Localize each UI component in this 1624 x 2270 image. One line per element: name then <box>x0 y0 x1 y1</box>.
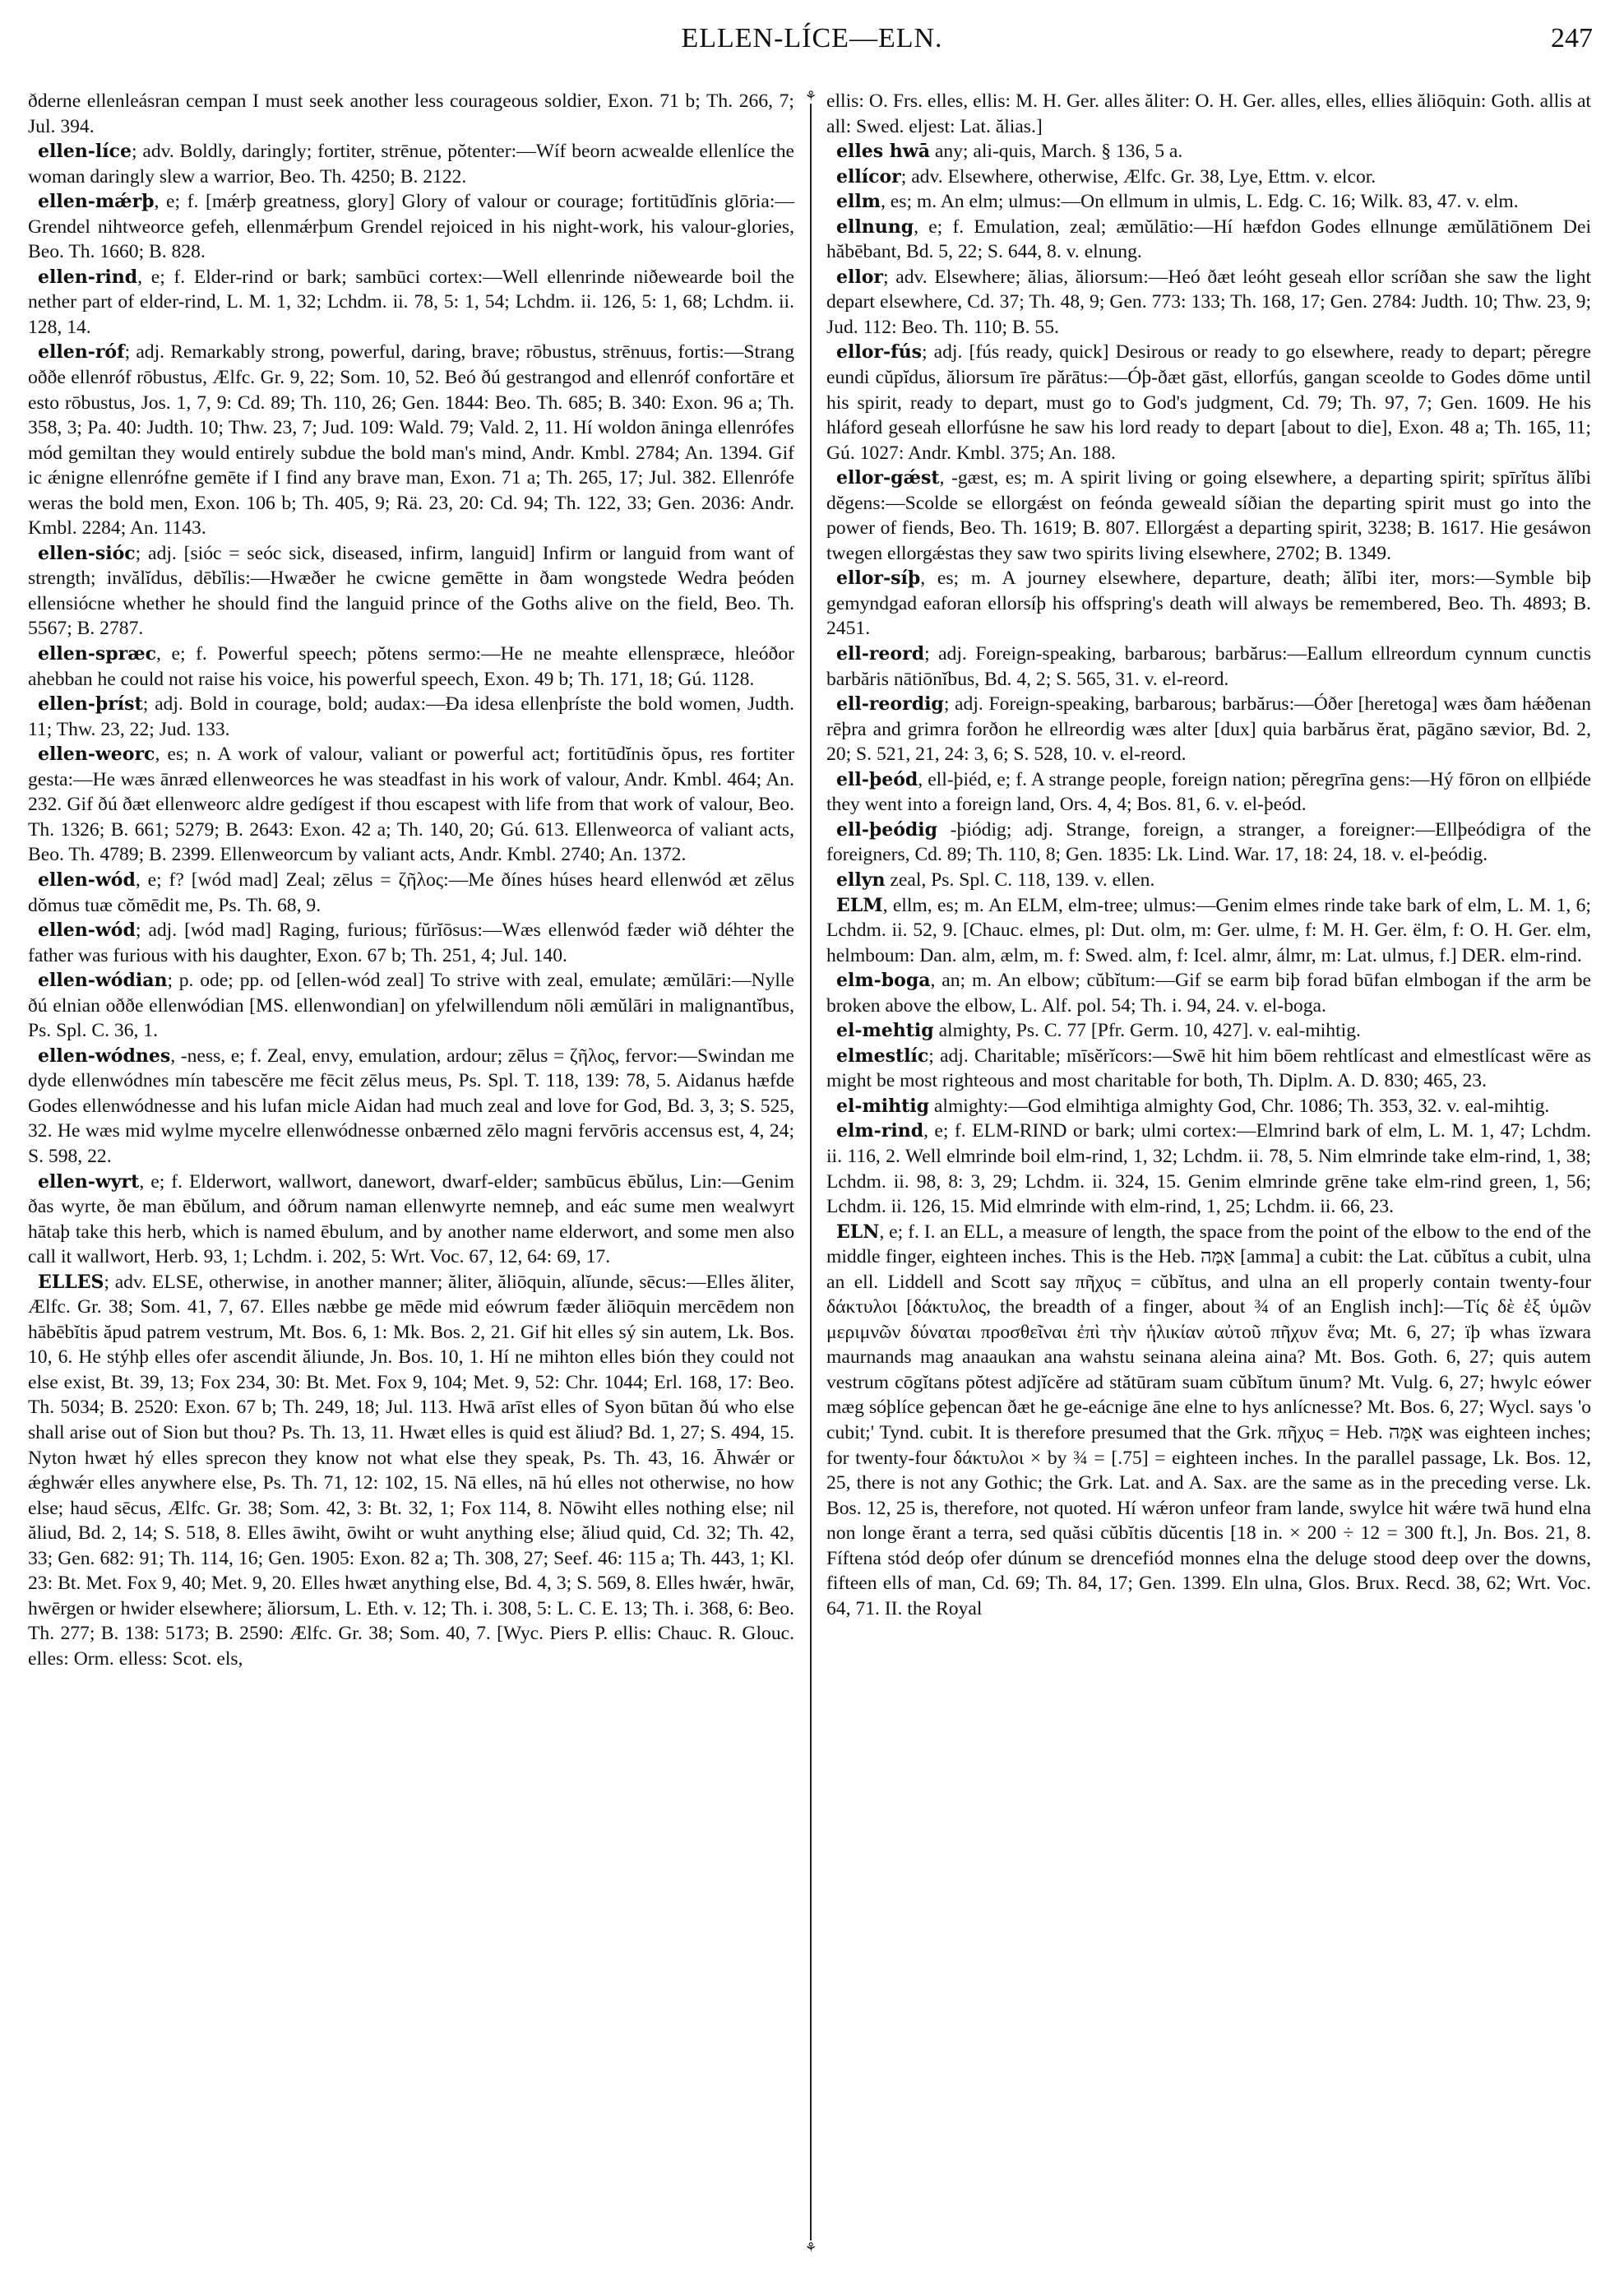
dictionary-entry: ellen-wód, e; f? [wód mad] Zeal; zēlus =… <box>28 868 794 918</box>
entry-definition: almighty, Ps. C. 77 [Pfr. Germ. 10, 427]… <box>934 1020 1361 1041</box>
dictionary-entry: ELM, ellm, es; m. An ELM, elm-tree; ulmu… <box>826 893 1591 969</box>
dictionary-entry: elles hwā any; ali-quis, March. § 136, 5… <box>826 139 1591 164</box>
headword: ELLES <box>38 1272 104 1293</box>
headword: el-mehtig <box>836 1020 934 1041</box>
headword: elm-boga <box>836 970 930 991</box>
dictionary-entry: ELN, e; f. I. an ELL, a measure of lengt… <box>826 1220 1591 1622</box>
headword: ell-reordig <box>836 693 944 715</box>
entry-definition: ; adv. Elsewhere, otherwise, Ælfc. Gr. 3… <box>901 166 1376 188</box>
headword: ellen-weorc <box>38 744 155 765</box>
entry-definition: ; adj. Remarkably strong, powerful, dari… <box>28 341 794 539</box>
page-number: 247 <box>1551 23 1593 54</box>
headword: ellen-wód <box>38 869 136 891</box>
entry-definition: -þiódig; adj. Strange, foreign, a strang… <box>826 819 1591 866</box>
entry-definition: , ell-þiéd, e; f. A strange people, fore… <box>826 769 1591 816</box>
headword: ellm <box>836 191 881 212</box>
entry-definition: , e; f. Elder-rind or bark; sambūci cort… <box>28 266 794 338</box>
dictionary-entry: ellen-þríst; adj. Bold in courage, bold;… <box>28 692 794 742</box>
headword: ellícor <box>836 166 901 188</box>
headword: ell-þeód <box>836 769 918 790</box>
entry-definition: almighty:—God elmihtiga almighty God, Ch… <box>929 1096 1549 1117</box>
headword: ellen-sióc <box>38 543 136 564</box>
dictionary-entry: ellen-rind, e; f. Elder-rind or bark; sa… <box>28 265 794 340</box>
column-rule-top-ornament-icon: ⚘ <box>803 89 818 104</box>
dictionary-entry: ellícor; adv. Elsewhere, otherwise, Ælfc… <box>826 164 1591 190</box>
dictionary-entry: ellm, es; m. An elm; ulmus:—On ellmum in… <box>826 189 1591 215</box>
headword: elm-rind <box>836 1120 923 1142</box>
entry-definition: , e; f. Emulation, zeal; æmŭlātio:—Hí hæ… <box>826 216 1591 263</box>
dictionary-entry: ell-þeódig -þiódig; adj. Strange, foreig… <box>826 818 1591 868</box>
dictionary-entry: ellen-spræc, e; f. Powerful speech; pŏte… <box>28 642 794 692</box>
headword: ellen-mǽrþ <box>38 191 155 212</box>
dictionary-entry: ellor-gǽst, -gæst, es; m. A spirit livin… <box>826 466 1591 566</box>
column-rule-bottom-ornament-icon: ⚘ <box>803 2240 818 2255</box>
headword: ellen-róf <box>38 341 125 363</box>
dictionary-entry: elm-boga, an; m. An elbow; cŭbĭtum:—Gif … <box>826 968 1591 1018</box>
headword: ellyn <box>836 869 886 891</box>
column-divider <box>810 97 812 2244</box>
dictionary-entry: ellis: O. Frs. elles, ellis: M. H. Ger. … <box>826 89 1591 139</box>
dictionary-entry: ellen-wyrt, e; f. Elderwort, wallwort, d… <box>28 1170 794 1270</box>
headword: ell-reord <box>836 643 924 665</box>
entry-definition: ; adj. [sióc = seóc sick, diseased, infi… <box>28 543 794 640</box>
headword: ellnung <box>836 216 914 238</box>
dictionary-entry: ell-reordig; adj. Foreign-speaking, barb… <box>826 692 1591 767</box>
right-column: ellis: O. Frs. elles, ellis: M. H. Ger. … <box>826 89 1591 1621</box>
entry-definition: , e; f. I. an ELL, a measure of length, … <box>826 1221 1591 1619</box>
dictionary-entry: ELLES; adv. ELSE, otherwise, in another … <box>28 1270 794 1672</box>
headword: ellen-wódnes <box>38 1045 170 1067</box>
entry-definition: , es; m. A journey elsewhere, departure,… <box>826 567 1591 639</box>
page-header: ELLEN-LÍCE—ELN. 247 <box>0 18 1624 67</box>
dictionary-entry: ellor-síþ, es; m. A journey elsewhere, d… <box>826 566 1591 642</box>
entry-definition: , e; f? [wód mad] Zeal; zēlus = ζῆλος:—M… <box>28 869 794 916</box>
dictionary-entry: ellen-mǽrþ, e; f. [mǽrþ greatness, glory… <box>28 189 794 265</box>
entry-definition: , -gæst, es; m. A spirit living or going… <box>826 467 1591 564</box>
entry-definition: any; ali-quis, March. § 136, 5 a. <box>930 141 1182 162</box>
headword: ellen-rind <box>38 266 137 288</box>
entry-definition: , e; f. Elderwort, wallwort, danewort, d… <box>28 1171 794 1268</box>
entry-definition: ; adv. Elsewhere; ălias, ăliorsum:—Heó ð… <box>826 266 1591 338</box>
dictionary-entry: ellen-wód; adj. [wód mad] Raging, furiou… <box>28 918 794 968</box>
headword: ELN <box>836 1221 879 1243</box>
dictionary-entry: ellen-sióc; adj. [sióc = seóc sick, dise… <box>28 541 794 642</box>
headword: ellor-fús <box>836 341 922 363</box>
left-column: ðderne ellenleásran cempan I must seek a… <box>28 89 794 1671</box>
entry-definition: zeal, Ps. Spl. C. 118, 139. v. ellen. <box>886 869 1155 891</box>
entry-definition: ðderne ellenleásran cempan I must seek a… <box>28 90 794 137</box>
entry-definition: , ellm, es; m. An ELM, elm-tree; ulmus:—… <box>826 895 1591 966</box>
dictionary-entry: ðderne ellenleásran cempan I must seek a… <box>28 89 794 139</box>
entry-definition: , e; f. ELM-RIND or bark; ulmi cortex:—E… <box>826 1120 1591 1217</box>
entry-definition: ; adv. ELSE, otherwise, in another manne… <box>28 1272 794 1670</box>
headword: ellor-síþ <box>836 567 920 589</box>
dictionary-entry: el-mehtig almighty, Ps. C. 77 [Pfr. Germ… <box>826 1018 1591 1044</box>
entry-definition: ; adv. Boldly, daringly; fortiter, strēn… <box>28 141 794 188</box>
headword: ellen-spræc <box>38 643 156 665</box>
page-title: ELLEN-LÍCE—ELN. <box>0 23 1624 54</box>
dictionary-entry: ellnung, e; f. Emulation, zeal; æmŭlātio… <box>826 215 1591 265</box>
dictionary-entry: ellor-fús; adj. [fús ready, quick] Desir… <box>826 340 1591 466</box>
dictionary-entry: ellen-wódnes, -ness, e; f. Zeal, envy, e… <box>28 1044 794 1170</box>
dictionary-entry: ellen-weorc, es; n. A work of valour, va… <box>28 742 794 868</box>
entry-definition: ; adj. [fús ready, quick] Desirous or re… <box>826 341 1591 463</box>
dictionary-entry: elmestlíc; adj. Charitable; mīsĕrĭcors:—… <box>826 1044 1591 1094</box>
entry-definition: , an; m. An elbow; cŭbĭtum:—Gif se earm … <box>826 970 1591 1017</box>
entry-definition: , es; m. An elm; ulmus:—On ellmum in ulm… <box>881 191 1519 212</box>
headword: ellor <box>836 266 883 288</box>
entry-definition: ; adj. Charitable; mīsĕrĭcors:—Swē hit h… <box>826 1045 1591 1092</box>
dictionary-entry: ell-þeód, ell-þiéd, e; f. A strange peop… <box>826 767 1591 818</box>
dictionary-entry: ell-reord; adj. Foreign-speaking, barbar… <box>826 642 1591 692</box>
headword: ellen-líce <box>38 141 132 162</box>
entry-definition: ; adj. Bold in courage, bold; audax:—Ða … <box>28 693 794 740</box>
dictionary-entry: ellor; adv. Elsewhere; ălias, ăliorsum:—… <box>826 265 1591 340</box>
dictionary-entry: elm-rind, e; f. ELM-RIND or bark; ulmi c… <box>826 1119 1591 1219</box>
entry-definition: ellis: O. Frs. elles, ellis: M. H. Ger. … <box>826 90 1591 137</box>
entry-definition: ; adj. Foreign-speaking, barbarous; barb… <box>826 643 1591 690</box>
headword: ell-þeódig <box>836 819 937 841</box>
headword: ellen-þríst <box>38 693 143 715</box>
headword: ellen-wódian <box>38 970 167 991</box>
dictionary-entry: ellen-wódian; p. ode; pp. od [ellen-wód … <box>28 968 794 1044</box>
headword: elmestlíc <box>836 1045 928 1067</box>
headword: elles hwā <box>836 141 930 162</box>
headword: ellen-wód <box>38 920 136 941</box>
dictionary-entry: ellyn zeal, Ps. Spl. C. 118, 139. v. ell… <box>826 868 1591 893</box>
dictionary-entry: ellen-líce; adv. Boldly, daringly; forti… <box>28 139 794 189</box>
dictionary-entry: el-mihtig almighty:—God elmihtiga almigh… <box>826 1094 1591 1119</box>
headword: el-mihtig <box>836 1096 929 1117</box>
headword: ELM <box>836 895 883 916</box>
dictionary-entry: ellen-róf; adj. Remarkably strong, power… <box>28 340 794 540</box>
entry-definition: ; adj. [wód mad] Raging, furious; fŭrĭōs… <box>28 920 794 966</box>
headword: ellor-gǽst <box>836 467 940 489</box>
headword: ellen-wyrt <box>38 1171 139 1193</box>
